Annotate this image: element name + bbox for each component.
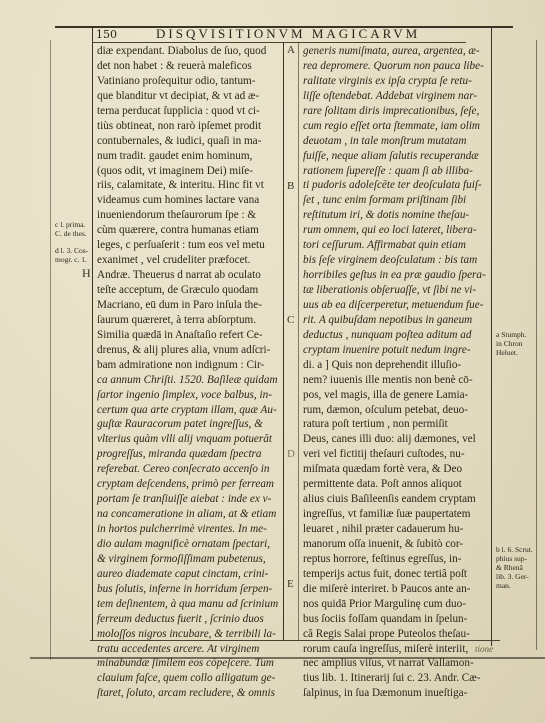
margin-note-c: c l. prima. C. de thes.: [55, 220, 87, 238]
right-text-column: generis numiſmata, aurea, argentea, æ-re…: [303, 44, 488, 701]
text-line: horribiles geſtus in ea præ gaudio ſpera…: [303, 268, 488, 283]
text-line: teſte acceptum, de Græculo quodam: [97, 283, 277, 298]
catchword: tione: [475, 644, 493, 654]
text-line: rorum cauſa ingreſſus, miſerè interiit,: [303, 642, 488, 657]
text-line: ratura poſt tertium , non permiſit: [303, 417, 488, 432]
text-line: tratu accedentes arcere. At virginem: [97, 642, 277, 657]
text-line: num tradit. gaudet enim hominum,: [97, 149, 277, 164]
text-line: ſaurum quæreret, à terra abſorptum.: [97, 313, 277, 328]
text-line: deuotam , in tale monſtrum mutatam: [303, 134, 488, 149]
note-line: b l. 6. Scrut.: [496, 545, 533, 554]
text-line: riis, calamitate, & interitu. Hinc fit v…: [97, 178, 277, 193]
note-line: C. de thes.: [55, 229, 87, 238]
text-line: rea depromere. Quorum non pauca libe-: [303, 59, 488, 74]
text-line: progreſſus, miranda quædam ſpectra: [97, 447, 277, 462]
text-line: ſet , tunc enim formam priſtinam ſibi: [303, 193, 488, 208]
text-line: que blanditur vt decipiat, & vt ad æ-: [97, 89, 277, 104]
text-line: pos, vel magis, illa de genere Lamia-: [303, 388, 488, 403]
text-line: videamus cum homines lactare vana: [97, 193, 277, 208]
text-line: exanimet , vel crudeliter præfocet.: [97, 253, 277, 268]
text-line: manorum oſſa inuenit, & ſubitò cor-: [303, 537, 488, 552]
text-line: inueniendorum theſaurorum ſpe : &: [97, 208, 277, 223]
text-line: cryptam deſcendens, primò per ferream: [97, 477, 277, 492]
text-line: rare ſolitam diris imprecationibus, ſeſe…: [303, 104, 488, 119]
text-line: veri vel fictitij theſauri cuſtodes, nu-: [303, 447, 488, 462]
text-line: miſmata quædam fortè vera, & Deo: [303, 462, 488, 477]
text-line: generis numiſmata, aurea, argentea, æ-: [303, 44, 488, 59]
page-header: 150 DISQVISITIONVM MAGICARVM: [96, 28, 466, 42]
text-line: tæ liberationis obſeruaſſe, vt ſibi ne v…: [303, 283, 488, 298]
text-line: Andræ. Theuerus d narrat ab oculato: [97, 268, 277, 283]
text-line: cùm quærere, contra humanas etiam: [97, 223, 277, 238]
note-line: man.: [496, 581, 533, 590]
text-line: cum regio eſſet orta ſtemmate, iam olim: [303, 119, 488, 134]
text-line: Similia quædā in Anaſtaſio refert Ce-: [97, 328, 277, 343]
text-line: temperijs actus fuit, donec tertiâ poſt: [303, 567, 488, 582]
note-line: Heluet.: [496, 348, 526, 357]
text-line: di. a ] Quis non deprehendit illuſio-: [303, 358, 488, 373]
text-line: leuaret , nihil præter cadauerum hu-: [303, 522, 488, 537]
text-line: terna perducat ſupplicia : quod vt ci-: [97, 104, 277, 119]
text-line: clauium faſce, quem collo alligatum ge-: [97, 671, 277, 686]
text-line: (quos odit, vt imaginem Dei) miſe-: [97, 164, 277, 179]
text-line: na concameratione in aliam, at & etiam: [97, 507, 277, 522]
running-head: DISQVISITIONVM MAGICARVM: [156, 26, 420, 42]
text-line: liſſe oſtendebat. Addebat virginem nar-: [303, 89, 488, 104]
margin-note-b: b l. 6. Scrut. phius sup- & Rhenā lib. 3…: [496, 545, 533, 590]
text-line: Deus, canes illi duo: alij dæmones, vel: [303, 432, 488, 447]
text-line: reſtitutum iri, & dotis nomine theſau-: [303, 208, 488, 223]
text-line: tori ceſſurum. Affirmabat quin etiam: [303, 238, 488, 253]
text-line: fuiſſe, neque aliam ſalutis recuperandæ: [303, 149, 488, 164]
text-line: die miſerè interiret. b Paucos ante an-: [303, 582, 488, 597]
text-line: nos quidā Prior Margulinę cum duo-: [303, 597, 488, 612]
note-line: phius sup-: [496, 554, 533, 563]
text-line: bam admiratione non indignum : Cir-: [97, 358, 277, 373]
text-line: Vatiniano proſequitur odio, tantum-: [97, 74, 277, 89]
text-line: portam ſe tranſiuiſſe aiebat : inde ex v…: [97, 492, 277, 507]
text-line: ſartor ingenio ſimplex, voce balbus, in-: [97, 388, 277, 403]
book-page: 150 DISQVISITIONVM MAGICARVM A B C D E c…: [0, 0, 545, 723]
left-text-column: diæ expendant. Diabolus de ſuo, quoddet …: [97, 44, 277, 701]
right-margin-line: [536, 40, 537, 650]
text-line: ferreum deductus fuerit , ſcrinio duos: [97, 612, 277, 627]
text-line: tem deſinentem, à qua manu ad ſcrinium: [97, 597, 277, 612]
text-line: & virginem formoſiſſimam pubetenus,: [97, 552, 277, 567]
text-line: ca annum Chriſti. 1520. Baſileæ quidam: [97, 373, 277, 388]
margin-note-a: a Stumph. in Chron Heluet.: [496, 330, 526, 357]
column-divider-inner: [298, 42, 299, 640]
text-line: bis ſeſe virginem deoſculatum : bis tam: [303, 253, 488, 268]
section-letter-a: A: [287, 44, 295, 56]
text-line: cryptam inuenire potuit nedum ingre-: [303, 343, 488, 358]
text-line: bus ſolutis, inferne in horridum ſerpen-: [97, 582, 277, 597]
text-line: ti pudoris adoleſcēte ter deoſculata fui…: [303, 178, 488, 193]
text-line: diæ expendant. Diabolus de ſuo, quod: [97, 44, 277, 59]
page-bottom-edge: [30, 657, 545, 659]
header-underline: [92, 42, 466, 43]
text-line: rit. A quibuſdam nepotibus in ganeum: [303, 313, 488, 328]
text-line: contubernales, & iudici, quaſi in ma-: [97, 134, 277, 149]
text-line: rum, dæmon, oſculum petebat, deuo-: [303, 403, 488, 418]
text-line: tiùs obtineat, non rarò ipſemet prodit: [97, 119, 277, 134]
left-margin-line: [50, 40, 51, 660]
margin-note-d: d l. 3. Cos- mogr. c. 1.: [55, 246, 88, 264]
left-frame-line: [92, 26, 93, 640]
section-letter-b: B: [287, 180, 294, 192]
text-line: deductus , nunquam poſtea aditum ad: [303, 328, 488, 343]
text-line: rum omnem, qui eo loci lateret, libera-: [303, 223, 488, 238]
text-line: guſtæ Rauracorum patet ingreſſus, &: [97, 417, 277, 432]
text-line: permittente data. Poſt annos aliquot: [303, 477, 488, 492]
note-line: c l. prima.: [55, 220, 87, 229]
text-line: dio aulam magnificè ornatam ſpectari,: [97, 537, 277, 552]
text-line: aureo diademate caput cinctam, crini-: [97, 567, 277, 582]
text-line: leges, c perſuaſerit : tum eos vel metu: [97, 238, 277, 253]
signature-letter-h: H: [82, 266, 91, 281]
text-line: referebat. Cereo conſecrato accenſo in: [97, 462, 277, 477]
text-line: Macriano, eū dum in Paro inſula the-: [97, 298, 277, 313]
column-divider: [283, 42, 284, 640]
text-line: det non habet : & reuerà maleficos: [97, 59, 277, 74]
note-line: in Chron: [496, 339, 526, 348]
text-line: certum qua arte cryptam illam, quæ Au-: [97, 403, 277, 418]
right-frame-line: [491, 26, 492, 646]
text-line: uus ab ea diſcerperetur, metuendum fue-: [303, 298, 488, 313]
text-line: drenus, & alij plures alia, vnum adſcri-: [97, 343, 277, 358]
section-letter-c: C: [287, 314, 294, 326]
text-line: rationem ſupereſſe : quam ſi ab illiba-: [303, 164, 488, 179]
note-line: mogr. c. 1.: [55, 255, 88, 264]
page-number: 150: [96, 28, 117, 41]
text-line: ralitate virginis ex ipſa crypta ſe retu…: [303, 74, 488, 89]
text-line: ingreſſus, vt familiæ ſuæ paupertatem: [303, 507, 488, 522]
text-line: bus ſociis foſſam quandam in ſpelun-: [303, 612, 488, 627]
note-line: lib. 3. Ger-: [496, 572, 533, 581]
text-line: vlterius quàm vlli alij vnquam potuerāt: [97, 432, 277, 447]
note-line: a Stumph.: [496, 330, 526, 339]
note-line: & Rhenā: [496, 563, 533, 572]
text-line: in hortos pulcherrimè virentes. In me-: [97, 522, 277, 537]
note-line: d l. 3. Cos-: [55, 246, 88, 255]
text-line: ſtaret, ſoluto, arcam recludere, & omnis: [97, 686, 277, 701]
text-line: ſalpinus, in ſua Dæmonum inueſtiga-: [303, 686, 488, 701]
text-line: tius lib. 1. Itinerarij ſui c. 23. Andr.…: [303, 671, 488, 686]
text-line: reptus horrore, feſtinus egreſſus, in-: [303, 552, 488, 567]
section-letter-d: D: [287, 448, 295, 460]
text-line: nem? iuuenis ille mentis non benè cō-: [303, 373, 488, 388]
section-letter-e: E: [287, 578, 294, 590]
footer-rule: [90, 640, 500, 641]
text-line: alius ciuis Baſileenſis eandem cryptam: [303, 492, 488, 507]
